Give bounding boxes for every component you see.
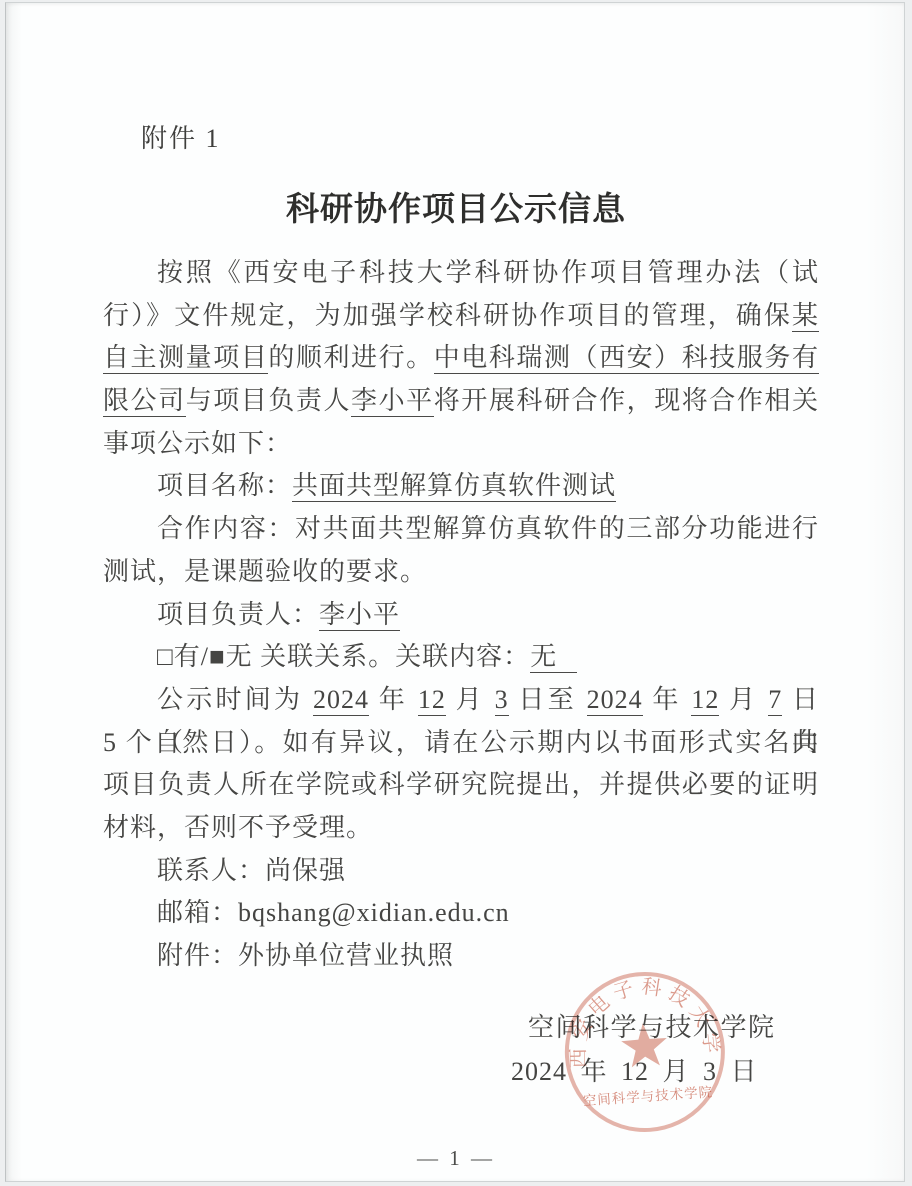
text-segment: 李小平 [351, 386, 434, 417]
body-line: 按照《西安电子科技大学科研协作项目管理办法（试 [103, 252, 819, 295]
text-segment: 材料，否则不予受理。 [103, 813, 373, 842]
text-segment: 月 [719, 685, 768, 714]
body-line: 事项公示如下： [103, 423, 819, 466]
text-segment: 事项公示如下： [103, 429, 292, 458]
text-segment: 月 [446, 685, 495, 714]
text-segment: 自主测量项目 [103, 343, 268, 374]
body-line: 项目负责人：李小平 [103, 594, 819, 637]
text-segment: 某 [792, 301, 819, 332]
body-line: 邮箱：bqshang@xidian.edu.cn [103, 892, 819, 935]
body-line: 项目负责人所在学院或科学研究院提出，并提供必要的证明 [103, 764, 819, 807]
text-segment: 与项目负责人 [186, 386, 351, 415]
text-segment: 附件：外协单位营业执照 [157, 941, 454, 970]
text-segment: 7 [768, 685, 782, 716]
body-line: 材料，否则不予受理。 [103, 807, 819, 850]
body-line: 测试，是课题验收的要求。 [103, 551, 819, 594]
text-segment: 公示时间为 [157, 685, 313, 714]
text-segment: 年 [643, 685, 692, 714]
text-segment: 项目负责人： [157, 600, 319, 629]
text-segment: 无 [530, 642, 577, 673]
text-segment: 行）》文件规定，为加强学校科研协作项目的管理，确保 [103, 301, 792, 330]
text-segment: 的顺利进行。 [268, 343, 433, 372]
body-line: 项目名称：共面共型解算仿真软件测试 [103, 465, 819, 508]
text-segment: 年 [369, 685, 418, 714]
body-line: 自主测量项目的顺利进行。中电科瑞测（西安）科技服务有 [103, 337, 819, 380]
body-line: 行）》文件规定，为加强学校科研协作项目的管理，确保某 [103, 295, 819, 338]
text-segment: 无 关联关系。关联内容： [226, 642, 531, 671]
text-segment: 2024 [587, 685, 643, 716]
text-segment: 按照《西安电子科技大学科研协作项目管理办法（试 [157, 258, 819, 287]
text-segment: 合作内容：对共面共型解算仿真软件的三部分功能进行 [157, 514, 819, 543]
text-segment: 中电科瑞测（西安）科技服务有 [434, 343, 819, 374]
attachment-label: 附件 1 [141, 118, 221, 155]
body-line: 公示时间为 2024 年 12 月 3 日至 2024 年 12 月 7 日（共 [103, 679, 819, 722]
text-segment: 有/ [174, 642, 209, 671]
text-segment: 项目名称： [157, 471, 292, 500]
body-line: 5 个自然日）。如有异议，请在公示期内以书面形式实名向 [103, 722, 819, 765]
page-number: — 1 — [0, 1146, 912, 1171]
text-segment: 共面共型解算仿真软件测试 [292, 471, 616, 502]
text-segment: 12 [418, 685, 446, 716]
text-segment: 项目负责人所在学院或科学研究院提出，并提供必要的证明 [103, 770, 819, 799]
text-segment: 5 个自然日）。如有异议，请在公示期内以书面形式实名向 [103, 728, 819, 757]
text-segment: 3 [495, 685, 509, 716]
checkbox-unchecked-icon: □ [157, 642, 174, 671]
text-segment: 2024 [313, 685, 369, 716]
body-line: 合作内容：对共面共型解算仿真软件的三部分功能进行 [103, 508, 819, 551]
checkbox-checked-icon: ■ [209, 642, 226, 671]
text-segment: 联系人：尚保强 [157, 856, 346, 885]
page-title: 科研协作项目公示信息 [0, 183, 912, 230]
text-segment: 日至 [509, 685, 587, 714]
text-segment: 邮箱：bqshang@xidian.edu.cn [157, 898, 510, 927]
text-segment: 李小平 [319, 600, 400, 631]
stamp-star-icon [620, 1021, 669, 1067]
text-segment: 12 [691, 685, 719, 716]
body-line: 限公司与项目负责人李小平将开展科研合作，现将合作相关 [103, 380, 819, 423]
body-line: □有/■无 关联关系。关联内容：无 [103, 636, 819, 679]
official-seal-stamp: 西安电子科技大学 空间科学与技术学院 [552, 961, 738, 1147]
text-segment: 测试，是课题验收的要求。 [103, 557, 427, 586]
stamp-bottom-text: 空间科学与技术学院 [582, 1083, 713, 1108]
text-segment: 限公司 [103, 386, 186, 417]
body-line: 联系人：尚保强 [103, 850, 819, 893]
text-segment: 将开展科研合作，现将合作相关 [434, 386, 819, 415]
scanned-document: 附件 1 科研协作项目公示信息 按照《西安电子科技大学科研协作项目管理办法（试行… [0, 0, 912, 1186]
body-lines: 按照《西安电子科技大学科研协作项目管理办法（试行）》文件规定，为加强学校科研协作… [103, 252, 819, 978]
